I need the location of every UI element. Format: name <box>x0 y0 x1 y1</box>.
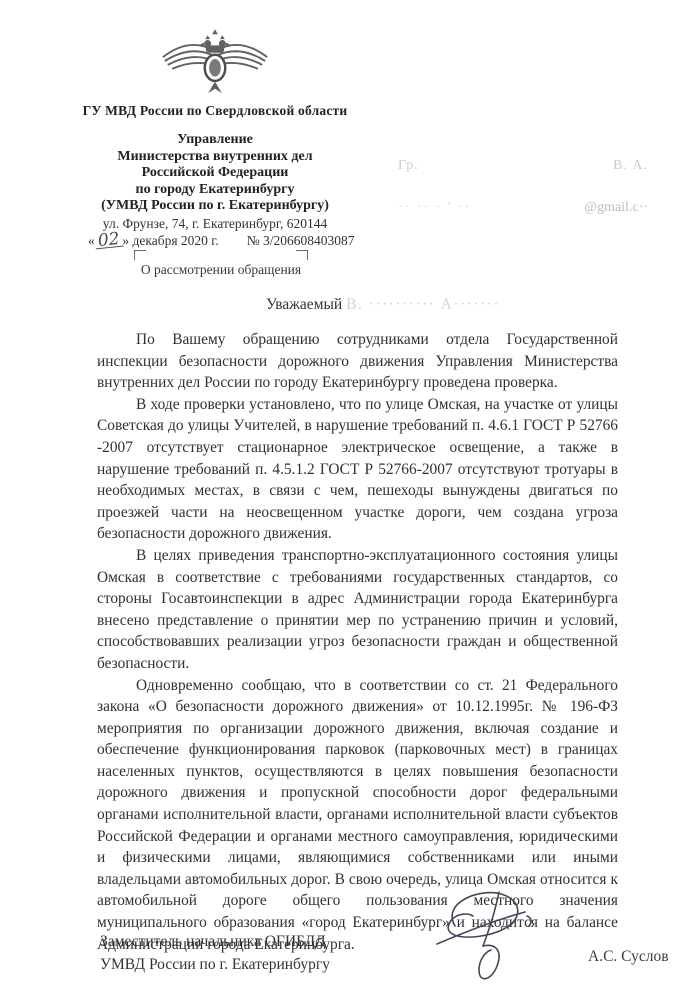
org-name-block: Управление Министерства внутренних дел Р… <box>65 132 365 232</box>
paragraph-1: По Вашему обращению сотрудниками отдела … <box>97 329 618 394</box>
addressee-email-fragment: @gmail.с·· <box>584 200 648 216</box>
signer-position-line-1: Заместитель начальника ОГИБДД <box>100 931 330 954</box>
salutation-redacted-name: В. ·········· А······· <box>346 296 500 313</box>
scanned-letter-page: ГУ МВД России по Свердловской области Уп… <box>0 0 700 1000</box>
outgoing-number: № 3/206608403087 <box>247 233 355 249</box>
paragraph-2: В ходе проверки установлено, что по улиц… <box>97 394 618 545</box>
salutation: Уважаемый В. ·········· А······· <box>266 296 500 314</box>
mvd-eagle-emblem-icon <box>159 26 271 96</box>
corner-mark-right-icon <box>296 250 308 260</box>
org-line: Российской Федерации <box>65 165 365 182</box>
date-line: «02» декабря 2020 г. <box>88 233 219 249</box>
subject-block: О рассмотрении обращения <box>134 250 308 284</box>
addressee-line-1: Гр. В. А. <box>398 158 648 174</box>
org-line: Управление <box>65 132 365 149</box>
signer-position-line-2: УМВД России по г. Екатеринбургу <box>100 954 330 977</box>
subject-line: О рассмотрении обращения <box>134 262 308 278</box>
corner-mark-left-icon <box>134 250 146 260</box>
addressee-initials-fragment: В. А. <box>613 158 648 174</box>
addressee-redacted-block: Гр. В. А. ·· ·· · ' ·· @gmail.с·· <box>398 158 648 216</box>
org-line: по городу Екатеринбургу <box>65 182 365 199</box>
addressee-erased-fragment: ·· ·· · ' ·· <box>398 200 471 216</box>
handwritten-signature <box>433 886 551 994</box>
date-number-row: «02» декабря 2020 г. № 3/206608403087 <box>88 233 354 249</box>
paragraph-3: В целях приведения транспортно-эксплуата… <box>97 545 618 675</box>
org-line: (УМВД России по г. Екатеринбургу) <box>65 198 365 215</box>
org-name-region: ГУ МВД России по Свердловской области <box>65 103 365 119</box>
letterhead: ГУ МВД России по Свердловской области Уп… <box>65 26 365 232</box>
handwritten-day: 02 <box>94 232 123 250</box>
addressee-line-2: ·· ·· · ' ·· @gmail.с·· <box>398 200 648 216</box>
signer-position: Заместитель начальника ОГИБДД УМВД Росси… <box>100 931 330 976</box>
addressee-name-fragment: Гр. <box>398 158 419 174</box>
letter-body: По Вашему обращению сотрудниками отдела … <box>97 329 618 955</box>
date-rest: » декабря 2020 г. <box>122 233 218 248</box>
org-line: Министерства внутренних дел <box>65 149 365 166</box>
salutation-prefix: Уважаемый <box>266 296 342 313</box>
signer-name: А.С. Суслов <box>588 948 669 966</box>
